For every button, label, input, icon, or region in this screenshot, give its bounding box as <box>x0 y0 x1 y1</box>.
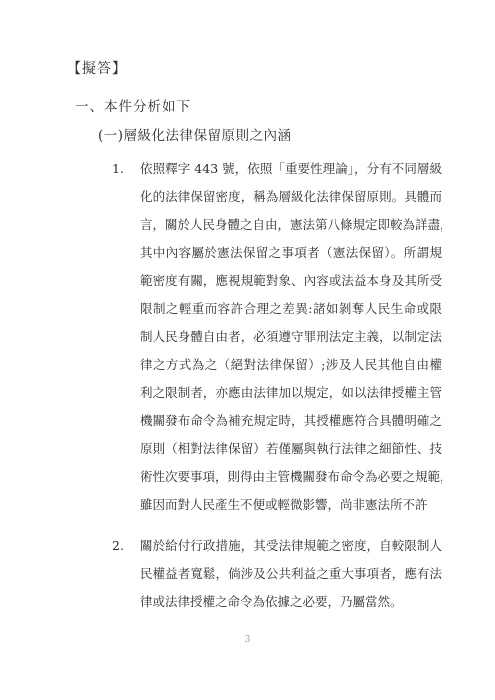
page-number: 3 <box>0 635 495 645</box>
text-line: 律或法律授權之命令為依據之必要，乃屬當然。 <box>140 588 442 616</box>
numbered-list: 1. 依照釋字 443 號，依照「重要性理論」，分有不同層級化的法律保留密度，稱… <box>112 155 442 629</box>
subsection-heading: (一)層級化法律保留原則之內涵 <box>98 124 292 144</box>
text-line: 雖因而對人民產生不便或輕微影響，尚非憲法所不許 <box>140 491 442 519</box>
text-line: 限制之輕重而容許合理之差異:諸如剝奪人民生命或限 <box>140 295 442 323</box>
list-item-number: 1. <box>112 155 140 519</box>
answer-heading: 【擬答】 <box>67 58 127 78</box>
text-line: 範密度有關，應視規範對象、內容或法益本身及其所受 <box>140 267 442 295</box>
list-item: 2. 關於給付行政措施，其受法律規範之密度，自較限制人民權益者寬鬆，倘涉及公共利… <box>112 532 442 616</box>
text-line: 關於給付行政措施，其受法律規範之密度，自較限制人 <box>140 532 442 560</box>
text-line: 化的法律保留密度，稱為層級化法律保留原則。具體而 <box>140 183 442 211</box>
list-item: 1. 依照釋字 443 號，依照「重要性理論」，分有不同層級化的法律保留密度，稱… <box>112 155 442 519</box>
text-line: 術性次要事項，則得由主管機關發布命令為必要之規範， <box>140 463 442 491</box>
list-item-text: 關於給付行政措施，其受法律規範之密度，自較限制人民權益者寬鬆，倘涉及公共利益之重… <box>140 532 442 616</box>
text-line: 民權益者寬鬆，倘涉及公共利益之重大事項者，應有法 <box>140 560 442 588</box>
text-line: 原則（相對法律保留）若僅屬與執行法律之細節性、技 <box>140 435 442 463</box>
list-item-number: 2. <box>112 532 140 616</box>
list-item-text: 依照釋字 443 號，依照「重要性理論」，分有不同層級化的法律保留密度，稱為層級… <box>140 155 442 519</box>
text-line: 其中內容屬於憲法保留之事項者（憲法保留）。所謂規 <box>140 239 442 267</box>
text-line: 制人民身體自由者，必須遵守罪刑法定主義，以制定法 <box>140 323 442 351</box>
text-line: 依照釋字 443 號，依照「重要性理論」，分有不同層級 <box>140 155 442 183</box>
text-line: 機關發布命令為補充規定時，其授權應符合具體明確之 <box>140 407 442 435</box>
text-line: 律之方式為之（絕對法律保留）;涉及人民其他自由權 <box>140 351 442 379</box>
text-line: 利之限制者，亦應由法律加以規定，如以法律授權主管 <box>140 379 442 407</box>
document-page: 【擬答】 一、本件分析如下 (一)層級化法律保留原則之內涵 1. 依照釋字 44… <box>0 0 495 700</box>
section-heading: 一、本件分析如下 <box>75 95 191 115</box>
text-line: 言，關於人民身體之自由，憲法第八條規定即較為詳盡， <box>140 211 442 239</box>
